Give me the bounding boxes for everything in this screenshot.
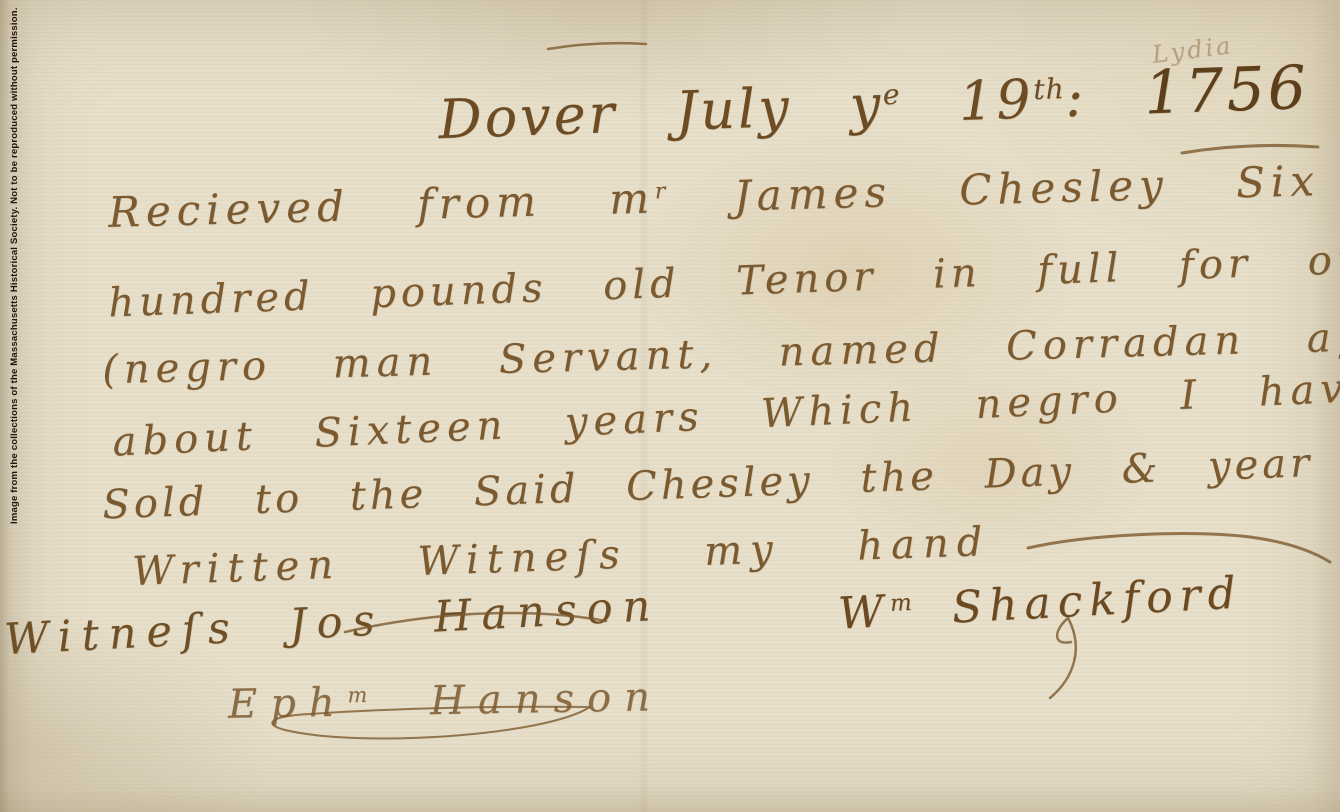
flourish-signature-overline: [1028, 534, 1330, 562]
received-buyer-text: James Chesley Six: [666, 156, 1321, 222]
witness2-m-superscript: m: [347, 683, 368, 707]
flourish-dash-above-date: [548, 43, 646, 49]
dateline-year: 1756: [1143, 53, 1310, 129]
witness2-surname: Hanson: [368, 674, 663, 725]
flourish-signature-paraph: [1050, 618, 1076, 698]
dateline-ye-superscript: e: [882, 78, 901, 112]
receipt-line-received: Recieved from mr James Chesley Six: [108, 156, 1321, 237]
signature-m-superscript: m: [889, 590, 913, 617]
signature-wm-shackford: Wm Shackford: [837, 567, 1244, 639]
dateline-th-superscript: th: [1033, 72, 1066, 106]
witness-ephm-hanson: Ephm Hanson: [228, 674, 664, 728]
flourish-underline-1756: [1182, 145, 1318, 153]
manuscript-receipt-page: Image from the collections of the Massac…: [0, 0, 1340, 812]
dateline-place-month: Dover July y: [437, 73, 884, 151]
receipt-line-witness-hand: Written Witneſs my hand: [131, 519, 991, 595]
witness2-given-name: Eph: [228, 680, 348, 728]
dateline-day: 19: [900, 67, 1035, 135]
witness-jos-hanson: Witneſs Jos Hanson: [3, 581, 661, 665]
dateline-colon: :: [1064, 64, 1146, 130]
signature-initial: W: [837, 586, 892, 640]
received-text: Recieved from m: [108, 174, 656, 237]
receipt-line-amount: hundred pounds old Tenor in full for one: [108, 236, 1340, 327]
signature-surname: Shackford: [912, 567, 1244, 635]
dateline: Dover July ye 19th: 1756: [437, 53, 1310, 153]
archive-credit-strip: Image from the collections of the Massac…: [9, 7, 20, 524]
